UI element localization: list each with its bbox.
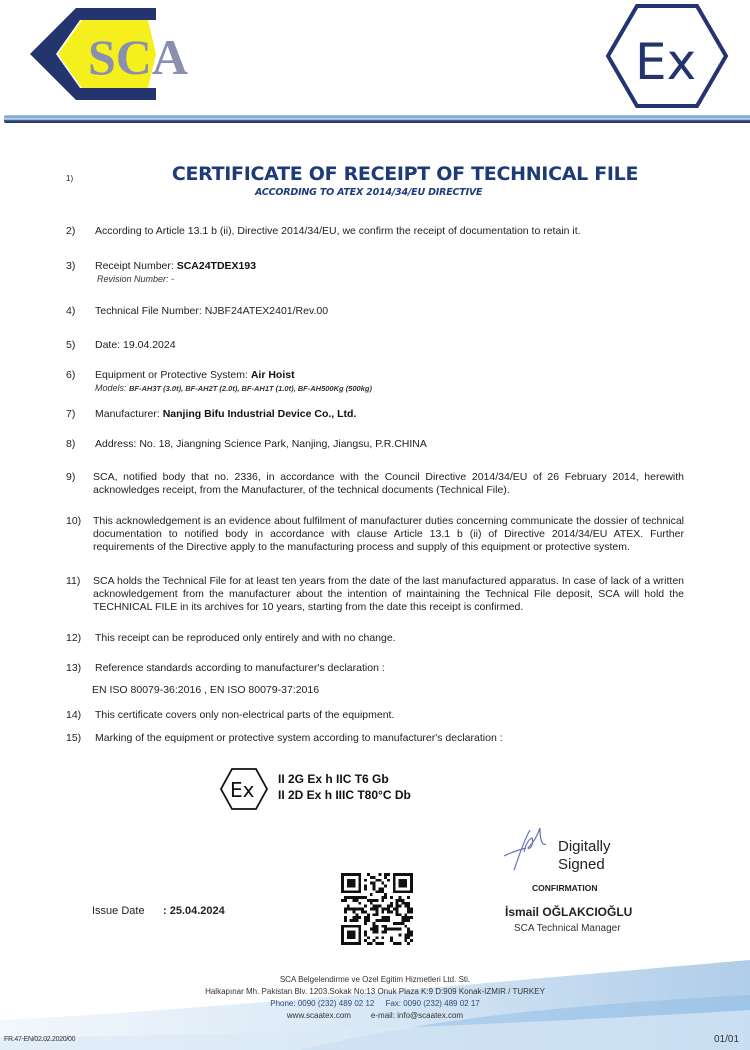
item-number: 11) [66, 575, 94, 588]
signed-line: Signed [558, 856, 611, 874]
item-text: Marking of the equipment or protective s… [95, 732, 686, 745]
item-number: 5) [66, 339, 94, 352]
item-number: 12) [66, 632, 94, 645]
item-number: 2) [66, 225, 94, 238]
equipment-value: Air Hoist [251, 369, 295, 381]
document-subtitle: ACCORDING TO ATEX 2014/34/EU DIRECTIVE [255, 187, 482, 198]
ex-marking-icon: Ex [219, 767, 269, 811]
item-text: SCA, notified body that no. 2336, in acc… [93, 471, 684, 497]
svg-text:Ex: Ex [230, 778, 255, 802]
item-number: 13) [66, 662, 94, 675]
signer-name: İsmail OĞLAKCIOĞLU [505, 905, 632, 919]
footer-address: Halkapınar Mh. Pakistan Blv. 1203.Sokak … [0, 987, 750, 996]
item-number: 10) [66, 515, 94, 528]
confirmation-label: CONFIRMATION [532, 883, 597, 893]
receipt-number-label: Receipt Number: [95, 260, 177, 272]
equipment-label: Equipment or Protective System: [95, 369, 251, 381]
item-number: 7) [66, 408, 94, 421]
item-text: Technical File Number: NJBF24ATEX2401/Re… [95, 305, 686, 318]
item-number: 6) [66, 369, 94, 382]
digitally-signed-label: Digitally Signed [558, 838, 611, 874]
models-value: BF-AH3T (3.0t), BF-AH2T (2.0t), BF-AH1T … [129, 384, 372, 393]
reference-standards-list: EN ISO 80079-36:2016 , EN ISO 80079-37:2… [92, 684, 712, 697]
manufacturer-value: Nanjing Bifu Industrial Device Co., Ltd. [163, 408, 357, 420]
item-text: This acknowledgement is an evidence abou… [93, 515, 684, 554]
models-label: Models: [95, 383, 129, 393]
signer-title: SCA Technical Manager [514, 923, 621, 934]
ex-marking-codes: II 2G Ex h IIC T6 Gb II 2D Ex h IIIC T80… [278, 771, 411, 803]
sca-logo: SCA [28, 6, 188, 102]
item-text: This certificate covers only non-electri… [95, 709, 686, 722]
item-number: 3) [66, 260, 94, 273]
item-text: Date: 19.04.2024 [95, 339, 686, 352]
page-number: 01/01 [714, 1034, 739, 1045]
item-text: According to Article 13.1 b (ii), Direct… [95, 225, 686, 238]
form-code: FR.47-EN/02.02.2020/00 [4, 1036, 75, 1043]
marking-dust: II 2D Ex h IIIC T80°C Db [278, 787, 411, 803]
footer-web-email[interactable]: www.scaatex.com e-mail: info@scaatex.com [0, 1011, 750, 1020]
marking-gas: II 2G Ex h IIC T6 Gb [278, 771, 411, 787]
item-text: This receipt can be reproduced only enti… [95, 632, 686, 645]
footer-phone-fax: Phone: 0090 (232) 489 02 12 Fax: 0090 (2… [0, 999, 750, 1008]
qr-code[interactable] [341, 873, 413, 945]
issue-date-label: Issue Date [92, 905, 145, 917]
header-divider [4, 115, 750, 123]
issue-date-value: : 25.04.2024 [163, 905, 225, 917]
receipt-number-value: SCA24TDEX193 [177, 260, 256, 272]
digitally-line: Digitally [558, 838, 611, 856]
document-title: CERTIFICATE OF RECEIPT OF TECHNICAL FILE [0, 163, 750, 185]
manufacturer-label: Manufacturer: [95, 408, 163, 420]
item-number: 9) [66, 471, 94, 484]
revision-number: Revision Number: - [95, 274, 174, 284]
item-number: 4) [66, 305, 94, 318]
item-text: Address: No. 18, Jiangning Science Park,… [95, 438, 686, 451]
footer-company: SCA Belgelendirme ve Ozel Egitim Hizmetl… [0, 975, 750, 984]
item-number: 14) [66, 709, 94, 722]
svg-text:SCA: SCA [88, 29, 188, 85]
item-number: 15) [66, 732, 94, 745]
item-text: SCA holds the Technical File for at leas… [93, 575, 684, 614]
handwritten-signature [500, 826, 550, 872]
item-number: 8) [66, 438, 94, 451]
ex-hexagon-logo: Ex [605, 3, 729, 109]
item-text: Reference standards according to manufac… [95, 662, 686, 675]
svg-text:Ex: Ex [635, 33, 696, 91]
